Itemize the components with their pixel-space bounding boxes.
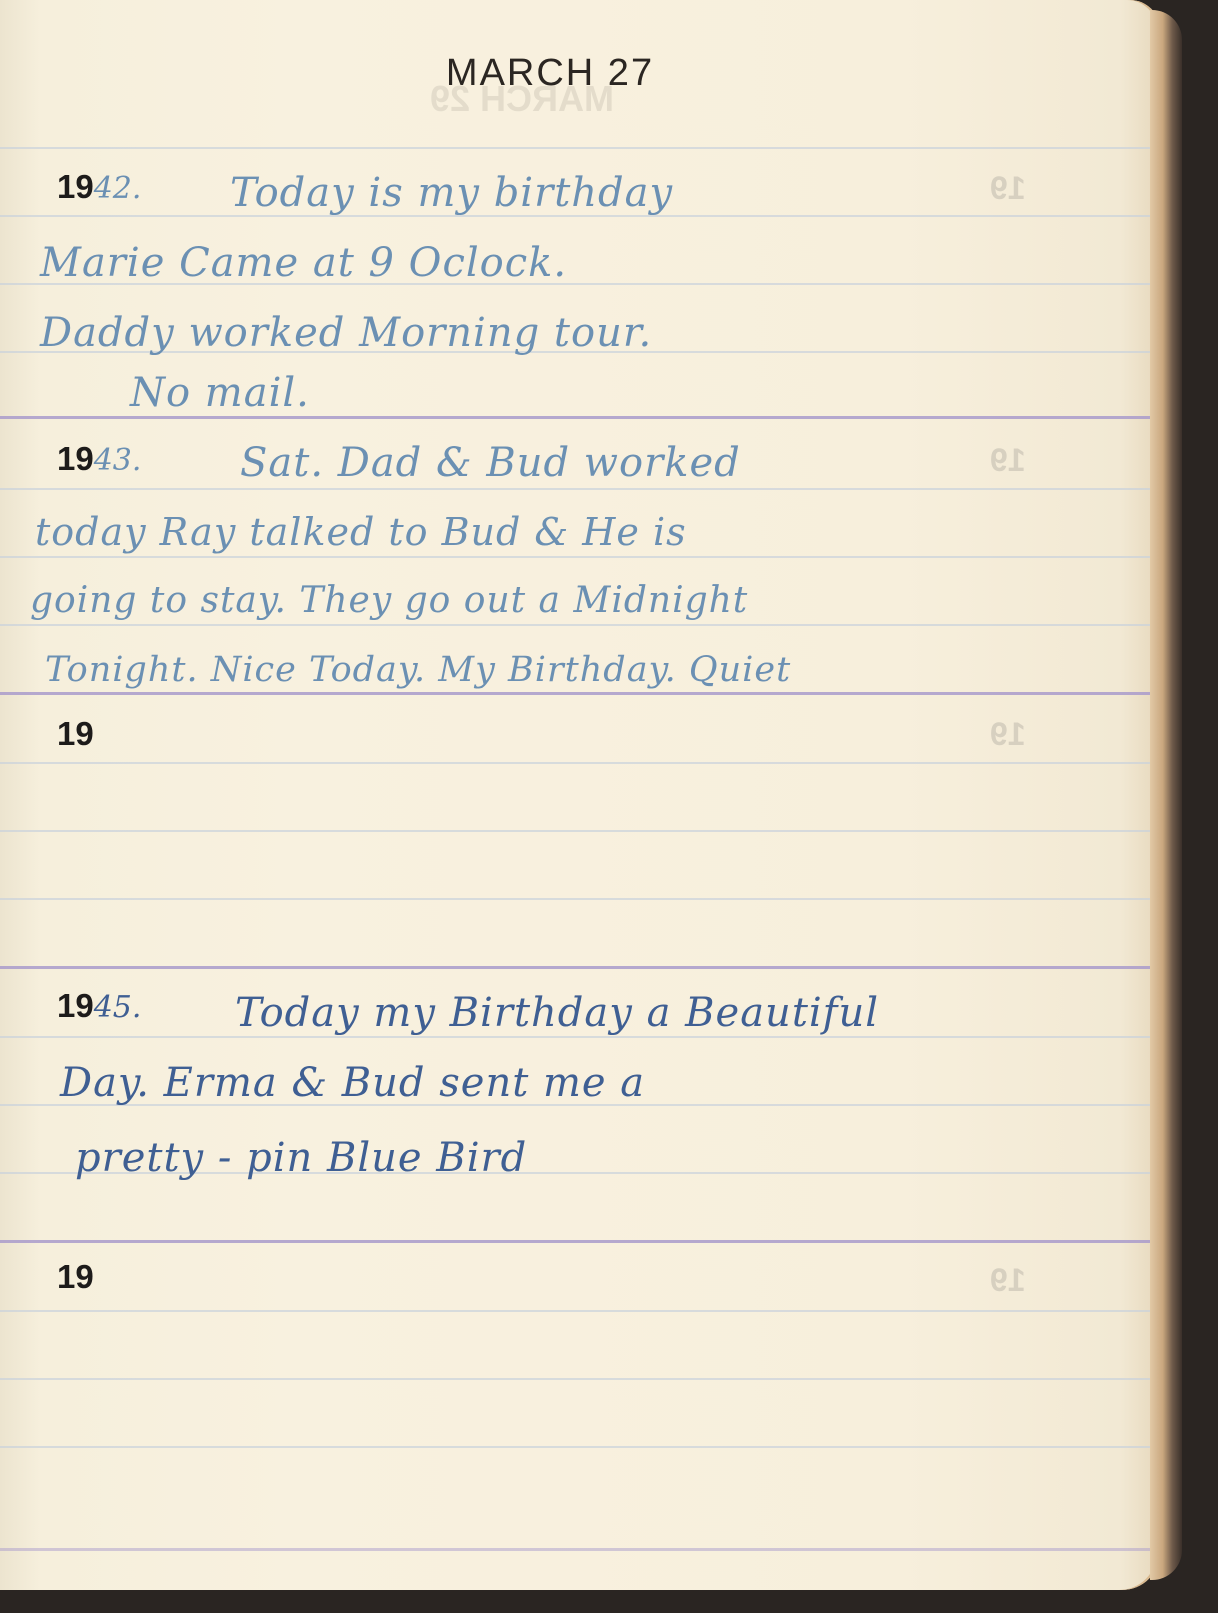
handwritten-line: pretty - pin Blue Bird [75, 1135, 527, 1181]
section-divider [0, 1548, 1150, 1551]
rule-line [0, 488, 1150, 490]
section-divider [0, 966, 1150, 969]
rule-line [0, 1378, 1150, 1380]
book-page-edge [1150, 10, 1182, 1580]
section-divider [0, 416, 1150, 419]
rule-line [0, 556, 1150, 558]
page-date-heading: MARCH 27 [0, 52, 1100, 95]
handwritten-line: Day. Erma & Bud sent me a [60, 1060, 645, 1106]
year-suffix-handwritten: 42. [94, 171, 142, 206]
bleed-through-year: 19 [990, 170, 1026, 207]
handwritten-line: Daddy worked Morning tour. [40, 310, 652, 356]
year-prefix: 19 [57, 987, 94, 1024]
year-prefix: 19 [57, 168, 94, 205]
section-divider [0, 1240, 1150, 1243]
handwritten-line: Tonight. Nice Today. My Birthday. Quiet [45, 650, 791, 690]
year-prefix: 19 [57, 1258, 94, 1295]
year-label: 1943. [57, 440, 141, 478]
handwritten-line: Today is my birthday [230, 170, 673, 216]
year-prefix: 19 [57, 715, 94, 752]
year-label: 19 [57, 1258, 94, 1296]
rule-line [0, 898, 1150, 900]
year-suffix-handwritten: 45. [94, 990, 142, 1025]
bleed-through-year: 19 [990, 1262, 1026, 1299]
rule-line [0, 624, 1150, 626]
handwritten-line: today Ray talked to Bud & He is [35, 510, 687, 554]
rule-line [0, 147, 1150, 149]
year-prefix: 19 [57, 440, 94, 477]
bleed-through-year: 19 [990, 716, 1026, 753]
rule-line [0, 1446, 1150, 1448]
handwritten-line: going to stay. They go out a Midnight [30, 580, 748, 621]
rule-line [0, 1036, 1150, 1038]
bleed-through-year: 19 [990, 442, 1026, 479]
section-divider [0, 692, 1150, 695]
handwritten-line: Today my Birthday a Beautiful [235, 990, 879, 1036]
handwritten-line: No mail. [130, 370, 310, 416]
diary-page: MARCH 29 MARCH 27 1942. Today is my birt… [0, 0, 1160, 1590]
handwritten-line: Marie Came at 9 Oclock. [40, 240, 567, 286]
year-label: 1942. [57, 168, 141, 206]
rule-line [0, 1310, 1150, 1312]
handwritten-line: Sat. Dad & Bud worked [240, 440, 741, 486]
year-suffix-handwritten: 43. [94, 443, 142, 478]
rule-line [0, 830, 1150, 832]
year-label: 19 [57, 715, 94, 753]
rule-line [0, 762, 1150, 764]
year-label: 1945. [57, 987, 141, 1025]
